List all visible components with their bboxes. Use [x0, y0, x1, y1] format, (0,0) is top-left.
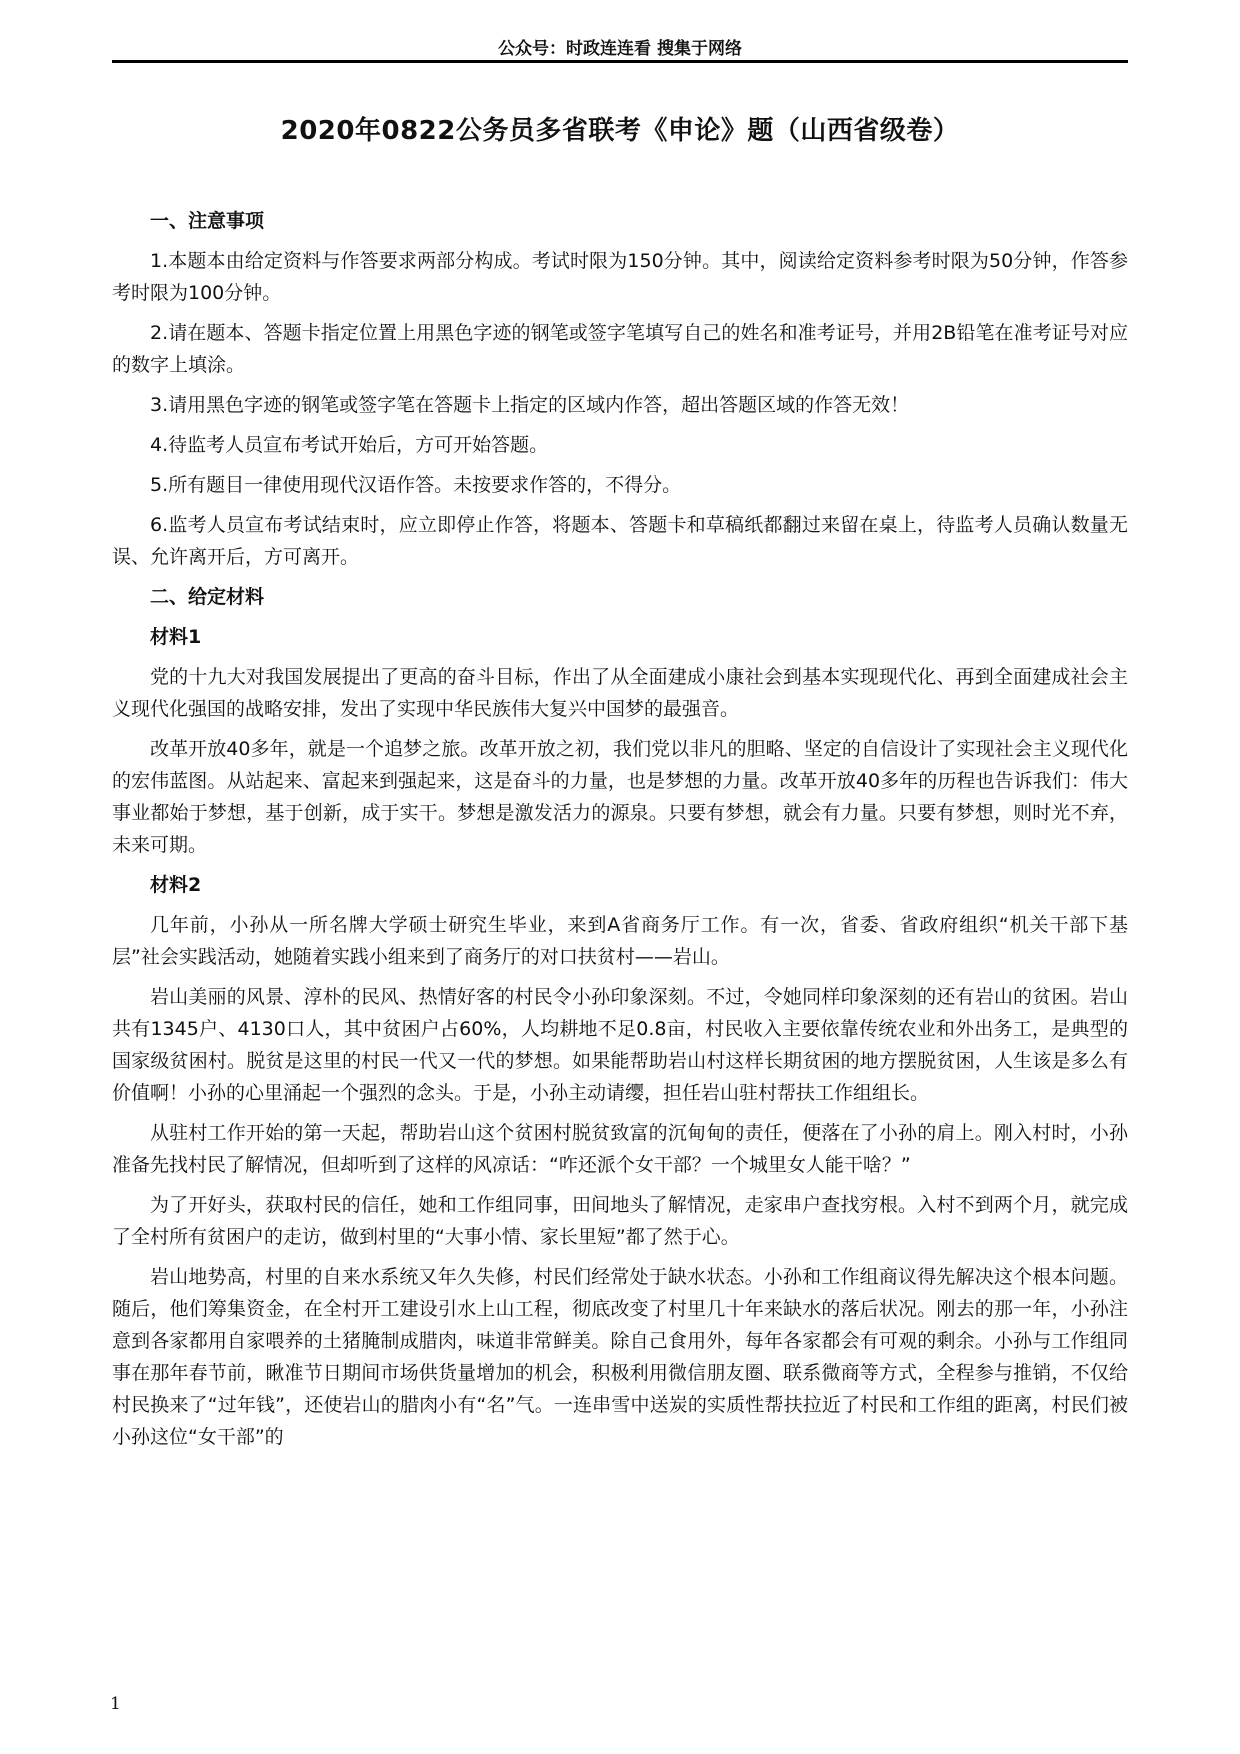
section-heading-materials: 二、给定材料 [112, 581, 1128, 613]
notice-item: 5.所有题目一律使用现代汉语作答。未按要求作答的，不得分。 [112, 469, 1128, 501]
document-title: 2020年0822公务员多省联考《申论》题（山西省级卷） [112, 110, 1128, 147]
notice-item: 2.请在题本、答题卡指定位置上用黑色字迹的钢笔或签字笔填写自己的姓名和准考证号，… [112, 317, 1128, 381]
notice-item: 4.待监考人员宣布考试开始后，方可开始答题。 [112, 429, 1128, 461]
material-2-paragraph: 岩山地势高，村里的自来水系统又年久失修，村民们经常处于缺水状态。小孙和工作组商议… [112, 1261, 1128, 1453]
notice-item: 6.监考人员宣布考试结束时，应立即停止作答，将题本、答题卡和草稿纸都翻过来留在桌… [112, 509, 1128, 573]
notice-item: 1.本题本由给定资料与作答要求两部分构成。考试时限为150分钟。其中，阅读给定资… [112, 245, 1128, 309]
material-1-heading: 材料1 [112, 621, 1128, 653]
material-1-paragraph: 改革开放40多年，就是一个追梦之旅。改革开放之初，我们党以非凡的胆略、坚定的自信… [112, 733, 1128, 861]
material-2-paragraph: 从驻村工作开始的第一天起，帮助岩山这个贫困村脱贫致富的沉甸甸的责任，便落在了小孙… [112, 1117, 1128, 1181]
material-2-heading: 材料2 [112, 869, 1128, 901]
document-body: 一、注意事项 1.本题本由给定资料与作答要求两部分构成。考试时限为150分钟。其… [112, 205, 1128, 1461]
section-heading-notice: 一、注意事项 [112, 205, 1128, 237]
material-2-paragraph: 几年前，小孙从一所名牌大学硕士研究生毕业，来到A省商务厅工作。有一次，省委、省政… [112, 909, 1128, 973]
page-header: 公众号：时政连连看 搜集于网络 [112, 34, 1128, 59]
material-1-paragraph: 党的十九大对我国发展提出了更高的奋斗目标，作出了从全面建成小康社会到基本实现现代… [112, 661, 1128, 725]
header-divider [112, 60, 1128, 63]
material-2-paragraph: 岩山美丽的风景、淳朴的民风、热情好客的村民令小孙印象深刻。不过，令她同样印象深刻… [112, 981, 1128, 1109]
material-2-paragraph: 为了开好头，获取村民的信任，她和工作组同事，田间地头了解情况，走家串户查找穷根。… [112, 1189, 1128, 1253]
page-number: 1 [110, 1694, 121, 1714]
notice-item: 3.请用黑色字迹的钢笔或签字笔在答题卡上指定的区域内作答，超出答题区域的作答无效… [112, 389, 1128, 421]
